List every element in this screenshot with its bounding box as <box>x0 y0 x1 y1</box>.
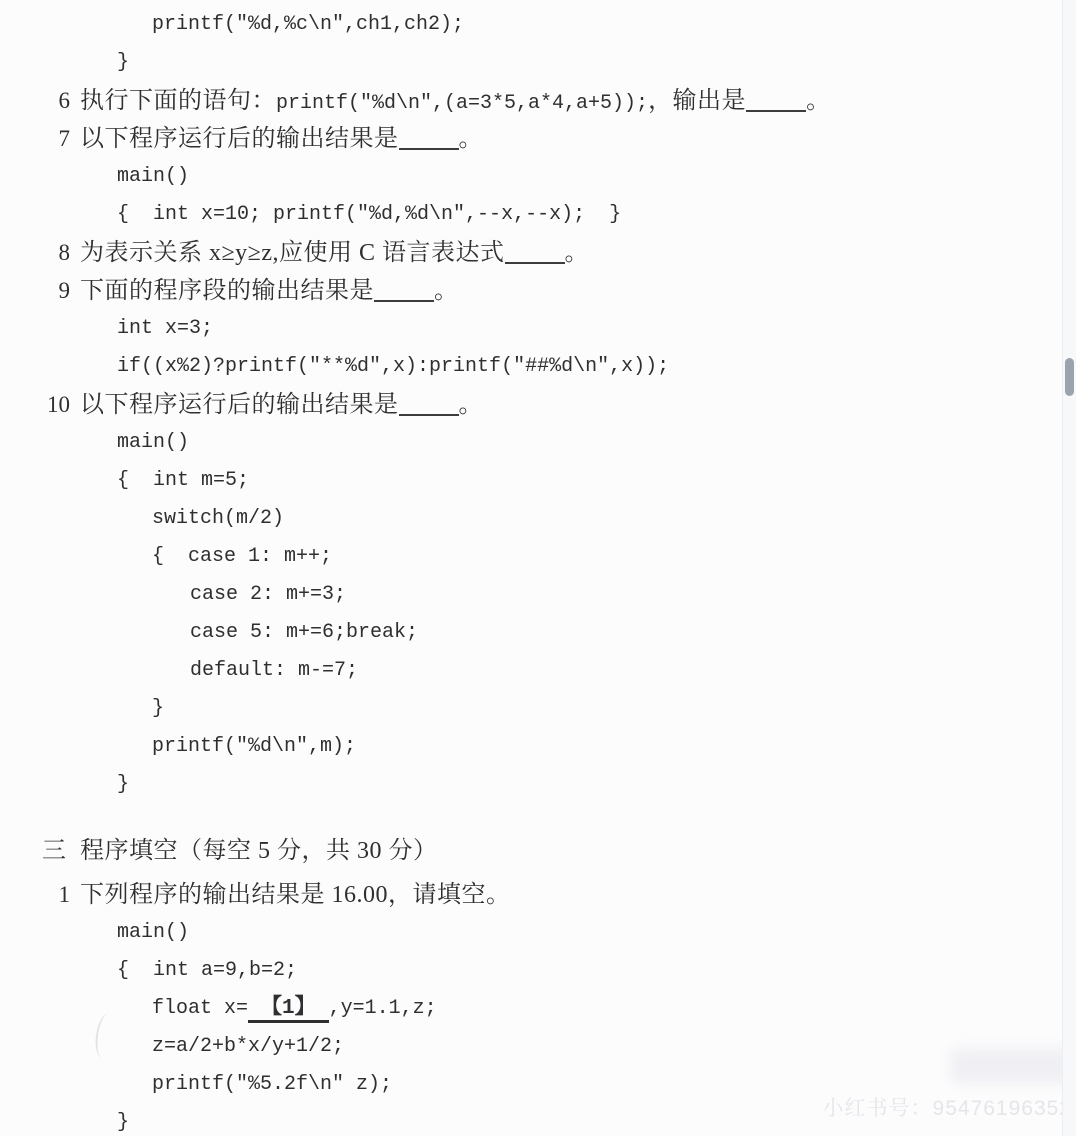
code-line: int x=3; <box>0 310 1076 348</box>
code-text: printf("%5.2f\n" z); <box>152 1073 392 1096</box>
section-title: 程序填空（每空 5 分，共 30 分） <box>80 838 438 864</box>
item-number: 7 <box>44 120 70 158</box>
code-line: default: m-=7; <box>0 652 1076 690</box>
code-line: { int x=10; printf("%d,%d\n",--x,--x); } <box>0 196 1076 234</box>
code-line: } <box>0 766 1076 804</box>
document-page: printf("%d,%c\n",ch1,ch2); } 6执行下面的语句：pr… <box>0 0 1076 1136</box>
code-line: { case 1: m++; <box>0 538 1076 576</box>
code-text: { case 1: m++; <box>152 545 332 568</box>
item-text: 以下程序运行后的输出结果是 <box>80 392 399 418</box>
blank-underline <box>374 300 434 302</box>
code-text: printf("%d\n",m); <box>152 735 356 758</box>
code-text: z=a/2+b*x/y+1/2; <box>152 1035 344 1058</box>
code-line: printf("%d,%c\n",ch1,ch2); <box>0 6 1076 44</box>
code-text: } <box>152 697 164 720</box>
item-number: 1 <box>44 876 70 914</box>
code-text: if((x%2)?printf("**%d",x):printf("##%d\n… <box>117 355 669 378</box>
code-text: } <box>117 773 129 796</box>
watermark-blur-blob <box>950 1048 1076 1084</box>
code-text: main() <box>117 921 189 944</box>
code-line: case 2: m+=3; <box>0 576 1076 614</box>
code-text: default: m-=7; <box>190 659 358 682</box>
item-text: ，输出是 <box>648 88 746 114</box>
item-text: 。 <box>565 240 590 266</box>
code-line: case 5: m+=6;break; <box>0 614 1076 652</box>
blank-underline <box>505 262 565 264</box>
code-line: main() <box>0 914 1076 952</box>
blank-underline <box>399 414 459 416</box>
scrollbar-track[interactable] <box>1062 0 1076 1136</box>
item-text: 。 <box>459 126 484 152</box>
code-text: } <box>117 51 129 74</box>
code-text: main() <box>117 431 189 454</box>
code-text: { int a=9,b=2; <box>117 959 297 982</box>
code-line: switch(m/2) <box>0 500 1076 538</box>
item-number: 6 <box>44 82 70 120</box>
code-line: if((x%2)?printf("**%d",x):printf("##%d\n… <box>0 348 1076 386</box>
item-number: 9 <box>44 272 70 310</box>
code-line: printf("%d\n",m); <box>0 728 1076 766</box>
blank-underline <box>746 110 806 112</box>
item-number: 10 <box>44 386 70 424</box>
question-item: 8为表示关系 x≥y≥z,应使用 C 语言表达式。 <box>0 234 1076 272</box>
item-text: 。 <box>459 392 484 418</box>
code-text: } <box>117 1111 129 1134</box>
inline-code: printf("%d\n",(a=3*5,a*4,a+5)); <box>276 92 648 115</box>
code-text: ,y=1.1,z; <box>329 997 437 1020</box>
code-line: z=a/2+b*x/y+1/2; <box>0 1028 1076 1066</box>
code-line: main() <box>0 424 1076 462</box>
item-text: 。 <box>434 278 459 304</box>
item-text: 下列程序的输出结果是 16.00，请填空。 <box>80 882 511 908</box>
fill-blank-marker: 【1】 <box>248 997 329 1023</box>
code-line: } <box>0 690 1076 728</box>
question-item: 10以下程序运行后的输出结果是。 <box>0 386 1076 424</box>
code-text: int x=3; <box>117 317 213 340</box>
section-heading: 三程序填空（每空 5 分，共 30 分） <box>0 832 1076 870</box>
code-text: switch(m/2) <box>152 507 284 530</box>
item-number: 8 <box>44 234 70 272</box>
code-text: { int m=5; <box>117 469 249 492</box>
code-line: { int m=5; <box>0 462 1076 500</box>
code-line: { int a=9,b=2; <box>0 952 1076 990</box>
question-item: 9下面的程序段的输出结果是。 <box>0 272 1076 310</box>
code-line: main() <box>0 158 1076 196</box>
code-text: case 2: m+=3; <box>190 583 346 606</box>
code-text: main() <box>117 165 189 188</box>
item-text: 。 <box>806 88 831 114</box>
code-line: } <box>0 44 1076 82</box>
code-text: { int x=10; printf("%d,%d\n",--x,--x); } <box>117 203 621 226</box>
blank-underline <box>399 148 459 150</box>
code-text: printf("%d,%c\n",ch1,ch2); <box>152 13 464 36</box>
question-item: 1下列程序的输出结果是 16.00，请填空。 <box>0 876 1076 914</box>
section-number: 三 <box>42 832 66 870</box>
scrollbar-thumb[interactable] <box>1065 358 1074 396</box>
question-item: 6执行下面的语句：printf("%d\n",(a=3*5,a*4,a+5));… <box>0 82 1076 120</box>
item-text: 为表示关系 x≥y≥z,应使用 C 语言表达式 <box>80 240 505 266</box>
code-text: float x= <box>152 997 248 1020</box>
question-item: 7以下程序运行后的输出结果是。 <box>0 120 1076 158</box>
code-text: case 5: m+=6;break; <box>190 621 418 644</box>
item-text: 执行下面的语句： <box>80 88 276 114</box>
code-line: float x=【1】,y=1.1,z; <box>0 990 1076 1028</box>
item-text: 下面的程序段的输出结果是 <box>80 278 374 304</box>
item-text: 以下程序运行后的输出结果是 <box>80 126 399 152</box>
watermark: 小红书号：95476196352 <box>823 1092 1072 1122</box>
